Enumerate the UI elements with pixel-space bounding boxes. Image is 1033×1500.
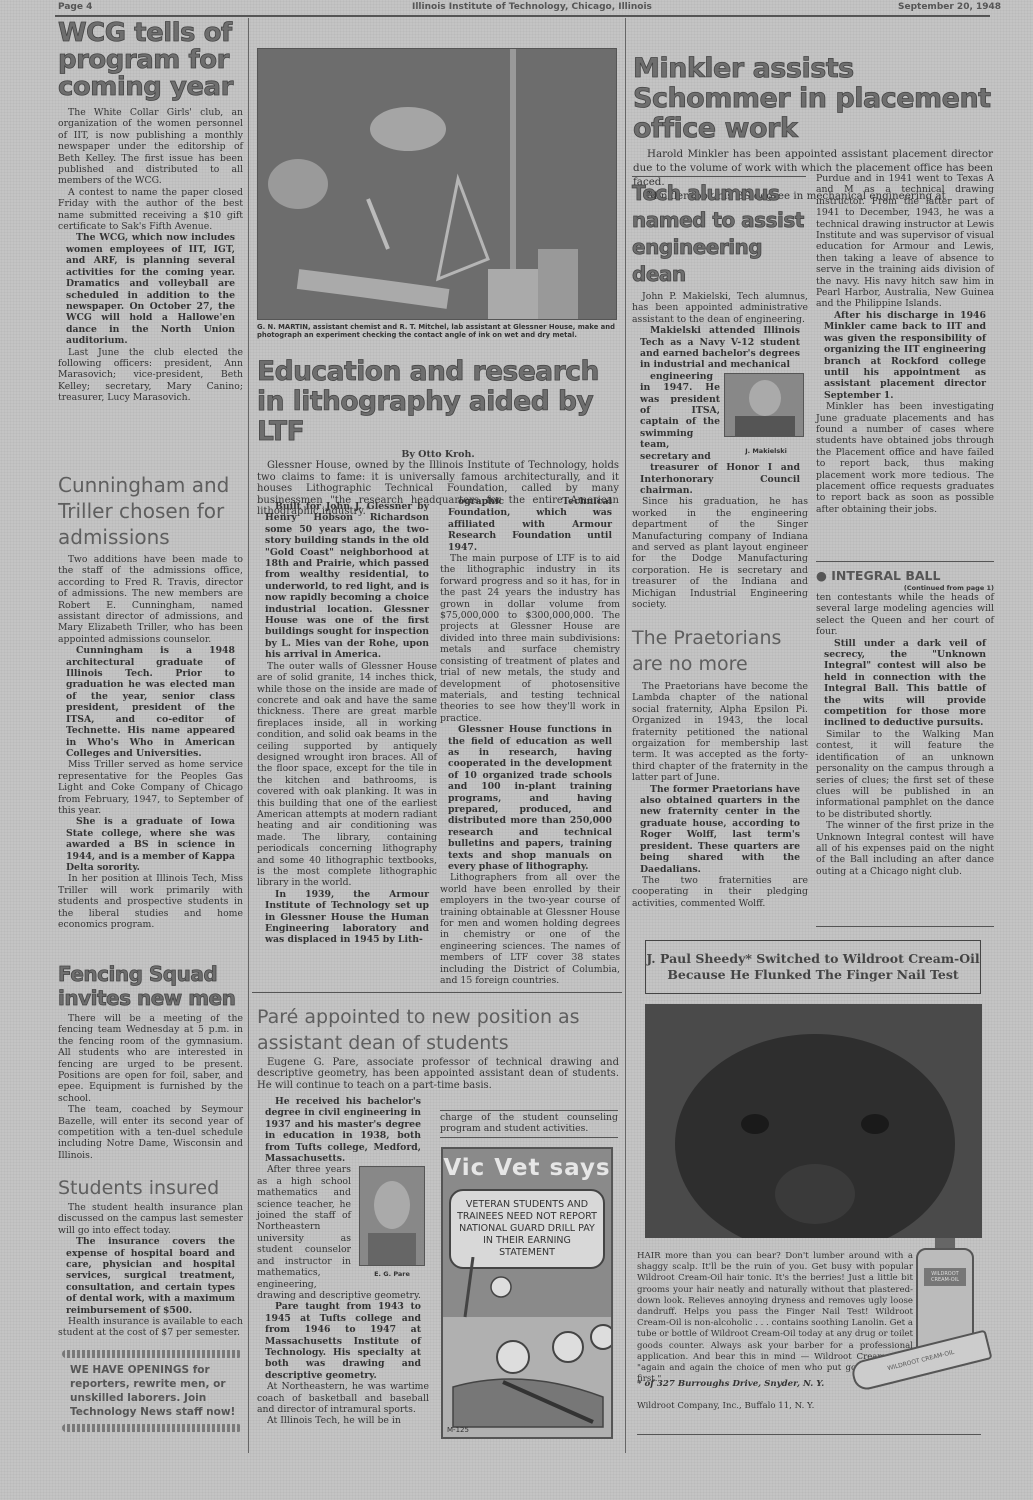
headline-minkler: Minkler assists Schommer in placement of… <box>633 54 993 144</box>
bear-photo <box>645 1004 982 1238</box>
paragraph: There will be a meeting of the fencing t… <box>58 1013 243 1104</box>
makielski-photo-block: J. Makielski <box>724 373 808 455</box>
portrait-image <box>725 374 803 436</box>
paragraph: Similar to the Walking Man contest, it w… <box>816 729 994 820</box>
cartoon-code: M-125 <box>447 1426 469 1434</box>
headline-integral-ball: ● INTEGRAL BALL <box>816 568 994 583</box>
paragraph: At Northeastern, he was wartime coach of… <box>257 1381 429 1415</box>
paragraph: Miss Triller served as home service repr… <box>58 759 243 816</box>
article-makielski: Tech alumnus named to assist engineering… <box>632 180 808 610</box>
article-body: Two additions have been made to the staf… <box>58 554 243 930</box>
lab-photo-image <box>258 49 616 319</box>
column-divider <box>625 18 626 1453</box>
article-insurance: Students insured The student health insu… <box>58 1176 243 1339</box>
paragraph: ten contestants while the heads of sever… <box>816 592 994 638</box>
bottle-cap <box>935 1238 955 1248</box>
paragraph: The Praetorians have become the Lambda c… <box>632 681 808 784</box>
headline-insurance: Students insured <box>58 1176 243 1200</box>
pare-photo-block: E. G. Pare <box>355 1166 429 1284</box>
ad-bottom-rule <box>637 1434 981 1435</box>
publication-line: Illinois Institute of Technology, Chicag… <box>412 2 652 12</box>
article-integral-ball: ● INTEGRAL BALL (Continued from page 1) … <box>816 568 994 877</box>
paragraph: She is a graduate of Iowa State college,… <box>58 816 243 873</box>
paragraph: Eugene G. Pare, associate professor of t… <box>257 1057 619 1091</box>
article-ltf: Education and research in lithography ai… <box>257 357 619 518</box>
makielski-photo-caption: J. Makielski <box>724 447 808 455</box>
article-pare: Paré appointed to new position as assist… <box>257 1004 619 1091</box>
issue-date: September 20, 1948 <box>898 2 1001 12</box>
ltf-column-2: ographic Technical Foundation, which was… <box>440 496 620 986</box>
vic-vet-cartoon: Vic Vet says VETERAN STUDENTS AND TRAINE… <box>441 1147 613 1439</box>
vic-vet-title: Vic Vet says <box>443 1155 611 1181</box>
portrait-image <box>360 1167 424 1265</box>
ad-headline-line-1: J. Paul Sheedy* Switched to Wildroot Cre… <box>646 951 980 967</box>
paragraph: charge of the student counseling program… <box>440 1112 618 1135</box>
paragraph: The winner of the first prize in the Unk… <box>816 820 994 877</box>
continued-note: (Continued from page 1) <box>816 584 994 592</box>
byline: By Otto Kroh. <box>257 449 619 460</box>
folio-rule <box>55 15 990 17</box>
notice-lead: WE HAVE OPENINGS <box>70 1364 189 1376</box>
paragraph: In 1939, the Armour Institute of Technol… <box>257 889 437 946</box>
paragraph: The insurance covers the expense of hosp… <box>58 1236 243 1316</box>
paragraph: The outer walls of Glessner House are of… <box>257 661 437 889</box>
column-divider <box>248 18 249 1453</box>
paragraph: Two additions have been made to the staf… <box>58 554 243 645</box>
paragraph: A contest to name the paper closed Frida… <box>58 187 243 233</box>
paragraph: The former Praetorians have also obtaine… <box>632 784 808 875</box>
paragraph: Purdue and in 1941 went to Texas A and M… <box>816 173 994 310</box>
paragraph: The WCG, which now includes women employ… <box>58 232 243 346</box>
article-fencing: Fencing Squad invites new men There will… <box>58 962 243 1161</box>
article-body: The Praetorians have become the Lambda c… <box>632 681 808 909</box>
article-praetorians: The Praetorians are no more The Praetori… <box>632 625 808 909</box>
headline-text: INTEGRAL BALL <box>831 568 940 583</box>
article-body: There will be a meeting of the fencing t… <box>58 1013 243 1161</box>
paragraph: ographic Technical Foundation, which was… <box>440 496 620 553</box>
paragraph: After his discharge in 1946 Minkler came… <box>816 310 994 401</box>
paragraph: Glessner House functions in the field of… <box>440 724 620 872</box>
pare-photo-caption: E. G. Pare <box>355 1270 429 1278</box>
paragraph: The student health insurance plan discus… <box>58 1202 243 1236</box>
paragraph: Makielski attended Illinois Tech as a Na… <box>632 325 808 371</box>
decorative-border <box>62 1350 242 1358</box>
section-rule <box>816 926 994 927</box>
paragraph: Last June the club elected the following… <box>58 347 243 404</box>
page-number: Page 4 <box>58 2 92 12</box>
paragraph: Lithographers from all over the world ha… <box>440 872 620 986</box>
soldiers-illustration <box>443 1257 611 1437</box>
section-rule <box>632 176 806 177</box>
paragraph: Health insurance is available to each st… <box>58 1316 243 1339</box>
pare-column-1: He received his bachelor's degree in civ… <box>257 1096 429 1427</box>
article-admissions: Cunningham and Triller chosen for admiss… <box>58 472 243 930</box>
article-body: The student health insurance plan discus… <box>58 1202 243 1339</box>
paragraph: Pare taught from 1943 to 1945 at Tufts c… <box>257 1301 429 1381</box>
notice-text: WE HAVE OPENINGS for reporters, rewrite … <box>70 1363 242 1419</box>
decorative-border <box>62 1424 242 1432</box>
paragraph: Minkler has been investigating June grad… <box>816 401 994 515</box>
newspaper-page: Page 4 Illinois Institute of Technology,… <box>0 0 1033 1500</box>
lab-photo <box>257 48 617 320</box>
ad-company: Wildroot Company, Inc., Buffalo 11, N. Y… <box>637 1401 857 1412</box>
article-body: John P. Makielski, Tech alumnus, has bee… <box>632 291 808 610</box>
minkler-column: Purdue and in 1941 went to Texas A and M… <box>816 173 994 515</box>
ad-headline-box: J. Paul Sheedy* Switched to Wildroot Cre… <box>645 940 981 994</box>
jump-rule <box>440 1110 618 1111</box>
bear-image <box>645 1004 982 1238</box>
headline-ltf: Education and research in lithography ai… <box>257 357 619 447</box>
section-rule <box>252 992 622 993</box>
wildroot-advertisement: J. Paul Sheedy* Switched to Wildroot Cre… <box>633 938 993 1448</box>
bullet-icon: ● <box>816 568 827 583</box>
lab-photo-caption: G. N. MARTIN, assistant chemist and R. T… <box>257 323 619 339</box>
section-rule <box>816 561 994 562</box>
headline-praetorians: The Praetorians are no more <box>632 625 808 677</box>
ltf-column-1: Built for John J. Glessner by Henry Hobs… <box>257 501 437 946</box>
bottle-label: WILDROOT CREAM-OIL <box>924 1268 966 1286</box>
paragraph: He received his bachelor's degree in civ… <box>257 1096 429 1164</box>
paragraph: Since his graduation, he has worked in t… <box>632 496 808 610</box>
article-body: The White Collar Girls' club, an organiz… <box>58 107 243 404</box>
paragraph: The main purpose of LTF is to aid the li… <box>440 553 620 724</box>
paragraph: The White Collar Girls' club, an organiz… <box>58 107 243 187</box>
article-wcg: WCG tells of program for coming year The… <box>58 20 243 404</box>
paragraph: At Illinois Tech, he will be in <box>257 1415 429 1426</box>
article-body: ten contestants while the heads of sever… <box>816 592 994 877</box>
staff-recruitment-notice: WE HAVE OPENINGS for reporters, rewrite … <box>62 1350 242 1432</box>
paragraph: In her position at Illinois Tech, Miss T… <box>58 873 243 930</box>
paragraph: Cunningham is a 1948 architectural gradu… <box>58 645 243 759</box>
ad-headline-line-2: Because He Flunked The Finger Nail Test <box>646 967 980 983</box>
article-lead: Eugene G. Pare, associate professor of t… <box>257 1057 619 1091</box>
pare-portrait <box>359 1166 425 1266</box>
makielski-portrait <box>724 373 804 437</box>
paragraph: The team, coached by Seymour Bazelle, wi… <box>58 1104 243 1161</box>
paragraph: Built for John J. Glessner by Henry Hobs… <box>257 501 437 661</box>
paragraph: Still under a dark veil of secrecy, the … <box>816 638 994 729</box>
pare-continuation: charge of the student counseling program… <box>440 1112 618 1135</box>
headline-wcg: WCG tells of program for coming year <box>58 20 243 101</box>
paragraph: treasurer of Honor I and Interhonorary C… <box>632 462 808 496</box>
headline-pare: Paré appointed to new position as assist… <box>257 1004 619 1056</box>
paragraph: The two fraternities are cooperating in … <box>632 875 808 909</box>
paragraph: John P. Makielski, Tech alumnus, has bee… <box>632 291 808 325</box>
headline-fencing: Fencing Squad invites new men <box>58 962 243 1010</box>
headline-admissions: Cunningham and Triller chosen for admiss… <box>58 472 243 550</box>
jump-rule <box>440 1137 618 1138</box>
headline-makielski: Tech alumnus named to assist engineering… <box>632 180 808 288</box>
